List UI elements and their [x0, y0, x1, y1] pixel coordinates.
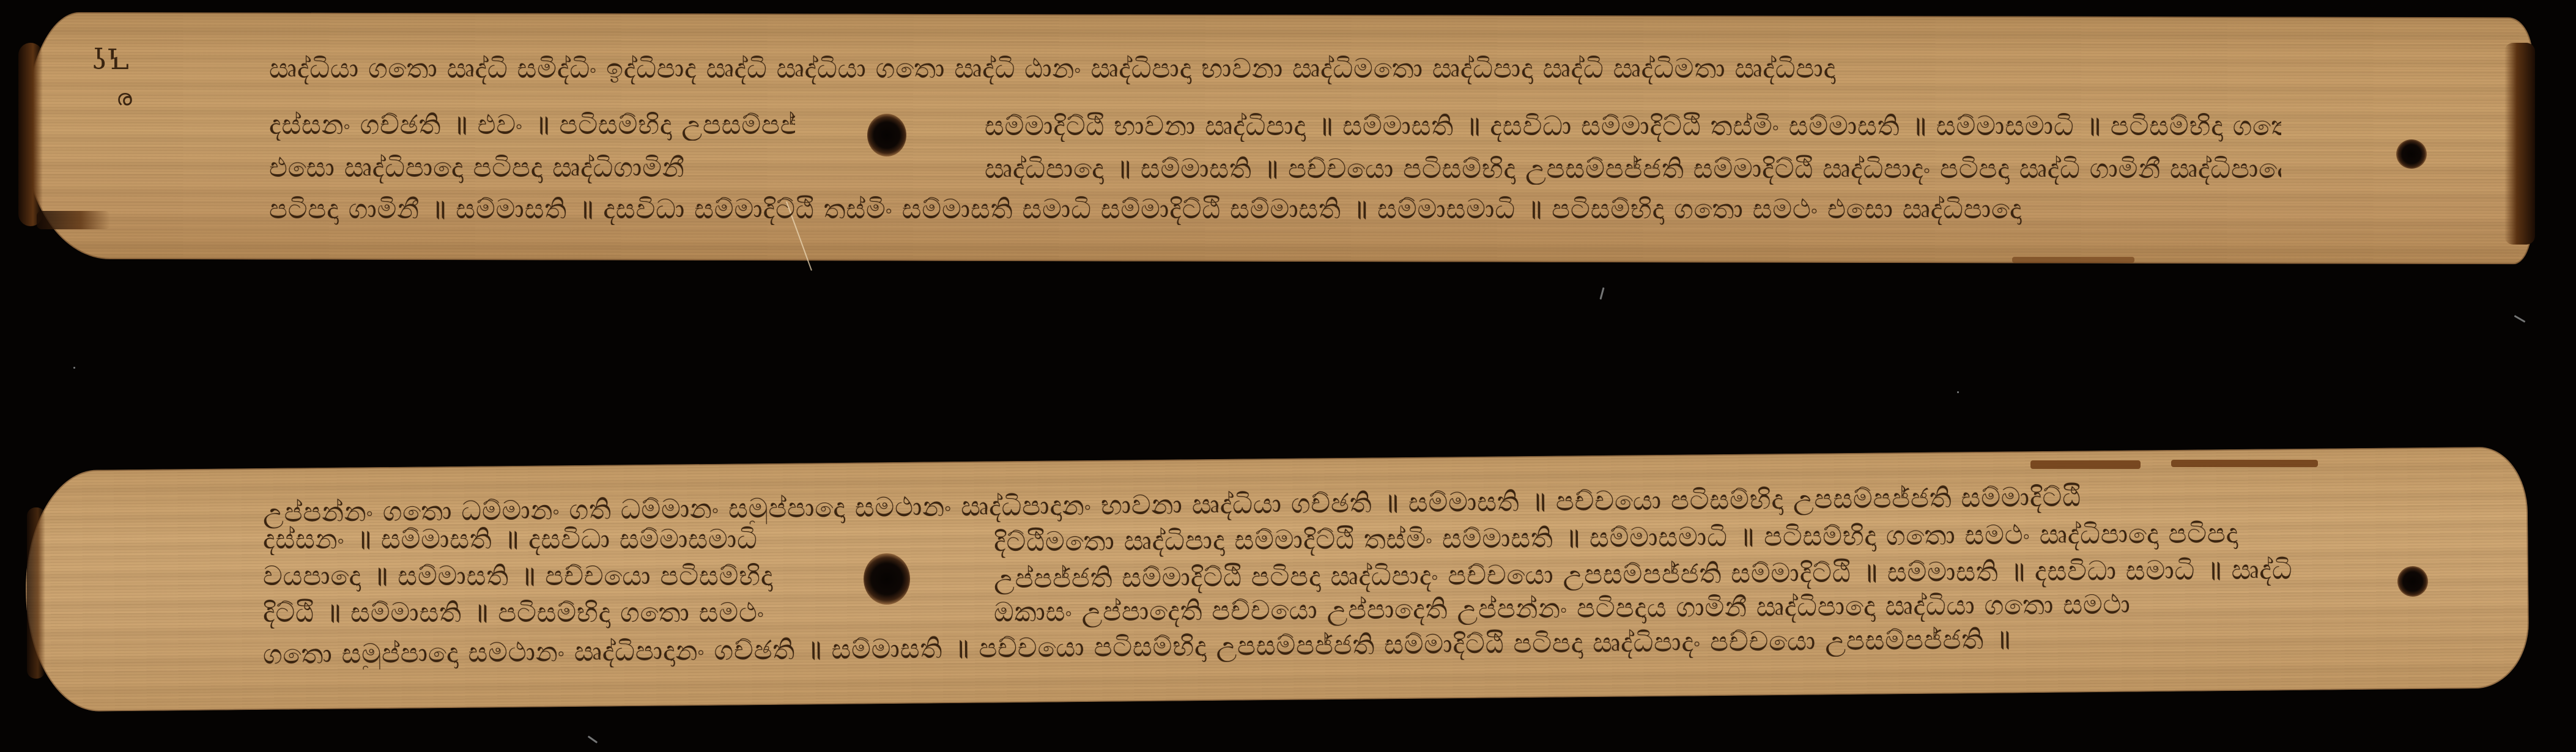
text-line: දස්සනං ॥ සම්මාසති ॥ දසවිධා සම්මාසමාධි	[263, 525, 801, 555]
text-line: පටිපදා ගාමිනී ॥ සම්මාසති ॥ දසවිධා සම්මාද…	[269, 194, 2281, 225]
burnt-edge-left	[27, 507, 45, 679]
text-line: ඍද්ධියා ගතො ඍද්ධි සමිද්ධිං ඉද්ධිපාද ඍද්ධ…	[269, 54, 2281, 84]
dust-speck	[1957, 391, 1959, 393]
burnt-edge-left	[18, 43, 43, 226]
dust-speck	[73, 367, 75, 369]
binding-hole-left	[867, 114, 906, 157]
burnt-edge-bottom-left	[37, 211, 110, 229]
edge-stain	[2030, 460, 2141, 469]
folio-number: ʖꝆ	[92, 43, 129, 76]
dust-speck	[588, 735, 598, 743]
folio-letter: ര	[116, 86, 132, 111]
binding-hole-left	[864, 553, 910, 605]
text-line: ඍද්ධිපාදො ॥ සම්මාසති ॥ පච්චයො පටිසම්භිදා…	[985, 154, 2281, 185]
text-line: වයපාදො ॥ සම්මාසති ॥ පච්චයො පටිසම්භිදා	[263, 561, 801, 592]
binding-hole-right	[2396, 139, 2427, 169]
text-line: සම්මාදිට්ඨි භාවනා ඍද්ධිපාදා ॥ සම්මාසති ॥…	[985, 111, 2281, 142]
text-line: දිට්ඨි ॥ සම්මාසති ॥ පටිසම්භිදා ගතො සමථං	[263, 598, 801, 629]
dust-speck	[1599, 287, 1604, 300]
text-line: දස්සනං ගච්ඡති ॥ එවං ॥ පටිසම්භිදා උපසම්පජ…	[269, 110, 795, 141]
burnt-edge-right	[2504, 43, 2535, 245]
edge-stain	[2171, 460, 2318, 467]
edge-stain	[2012, 257, 2134, 263]
binding-hole-right	[2397, 566, 2428, 597]
text-line: එසො ඍද්ධිපාදො පටිපදා ඍද්ධිගාමිනී	[269, 153, 795, 183]
dust-speck	[2514, 315, 2526, 323]
